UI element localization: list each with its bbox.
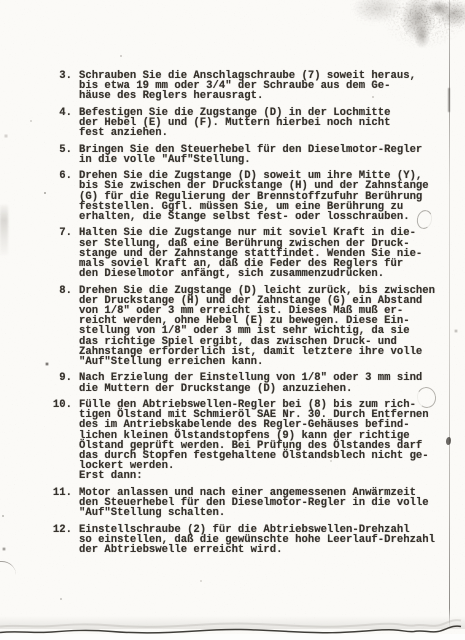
crease-hook-mark	[0, 561, 16, 576]
item-text: Bringen Sie den Steuerhebel für den Dies…	[79, 145, 422, 165]
list-item: 10.Fülle den Abtriebswellen-Regler bei (…	[52, 400, 452, 482]
list-item: 3.Schrauben Sie die Anschlagschraube (7)…	[52, 71, 452, 102]
item-number: 7.	[52, 228, 72, 279]
text-line: in die volle "Auf"Stellung.	[79, 155, 422, 165]
list-item: 6.Drehen Sie die Zugstange (D) soweit um…	[52, 171, 452, 222]
text-line: "Auf"Stellung schalten.	[79, 508, 429, 518]
list-item: 11.Motor anlassen und nach einer angemes…	[52, 488, 452, 519]
scanner-background-strip	[0, 634, 465, 640]
text-line: "Auf"Stellung erreichen kann.	[79, 357, 435, 367]
text-line: der Abtriebswelle erreicht wird.	[79, 545, 435, 555]
text-line: häuse des Reglers herausragt.	[79, 91, 416, 101]
list-item: 12.Einstellschraube (2) für die Abtriebs…	[52, 525, 452, 556]
item-text: Nach Erzielung der Einstellung von 1/8" …	[79, 373, 422, 393]
text-line: den Dieselmotor anfängt, sich zusammenzu…	[79, 269, 422, 279]
item-text: Motor anlassen und nach einer angemessen…	[79, 488, 429, 519]
tear-edge-shadow	[0, 616, 465, 629]
item-text: Einstellschraube (2) für die Abtriebswel…	[79, 525, 435, 556]
list-item: 8.Drehen Sie die Zugstange (D) leicht zu…	[52, 286, 452, 368]
item-number: 8.	[52, 286, 72, 368]
ink-stain	[350, 0, 465, 62]
item-text: Befestigen Sie die Zugstange (D) in der …	[79, 108, 391, 139]
item-number: 3.	[52, 71, 72, 102]
item-text: Drehen Sie die Zugstange (D) soweit um i…	[79, 171, 429, 222]
edge-smudge	[0, 205, 8, 255]
item-number: 9.	[52, 373, 72, 393]
item-number: 10.	[52, 400, 72, 482]
item-text: Fülle den Abtriebswellen-Regler bei (8) …	[79, 400, 429, 482]
text-line: die Muttern der Druckstange (D) anzuzieh…	[79, 384, 422, 394]
paper-specks	[0, 0, 2, 2]
text-line: fest anziehen.	[79, 128, 391, 138]
item-number: 5.	[52, 145, 72, 165]
item-number: 11.	[52, 488, 72, 519]
list-item: 7.Halten Sie die Zugstange nur mit sovie…	[52, 228, 452, 279]
item-number: 6.	[52, 171, 72, 222]
item-text: Drehen Sie die Zugstange (D) leicht zurü…	[79, 286, 435, 368]
item-text: Halten Sie die Zugstange nur mit soviel …	[79, 228, 422, 279]
text-line: Erst dann:	[79, 471, 429, 481]
list-item: 9.Nach Erzielung der Einstellung von 1/8…	[52, 373, 452, 393]
text-line: erhalten, die Stange selbst fest- oder l…	[79, 212, 429, 222]
item-number: 12.	[52, 525, 72, 556]
list-item: 5.Bringen Sie den Steuerhebel für den Di…	[52, 145, 452, 165]
item-number: 4.	[52, 108, 72, 139]
torn-bottom-edge	[0, 608, 465, 640]
instruction-list: 3.Schrauben Sie die Anschlagschraube (7)…	[52, 71, 452, 561]
ink-stain-blobs	[350, 0, 465, 62]
ink-stain-grain	[350, 0, 465, 62]
item-text: Schrauben Sie die Anschlagschraube (7) s…	[79, 71, 416, 102]
scanned-page: 3.Schrauben Sie die Anschlagschraube (7)…	[0, 0, 465, 640]
list-item: 4.Befestigen Sie die Zugstange (D) in de…	[52, 108, 452, 139]
